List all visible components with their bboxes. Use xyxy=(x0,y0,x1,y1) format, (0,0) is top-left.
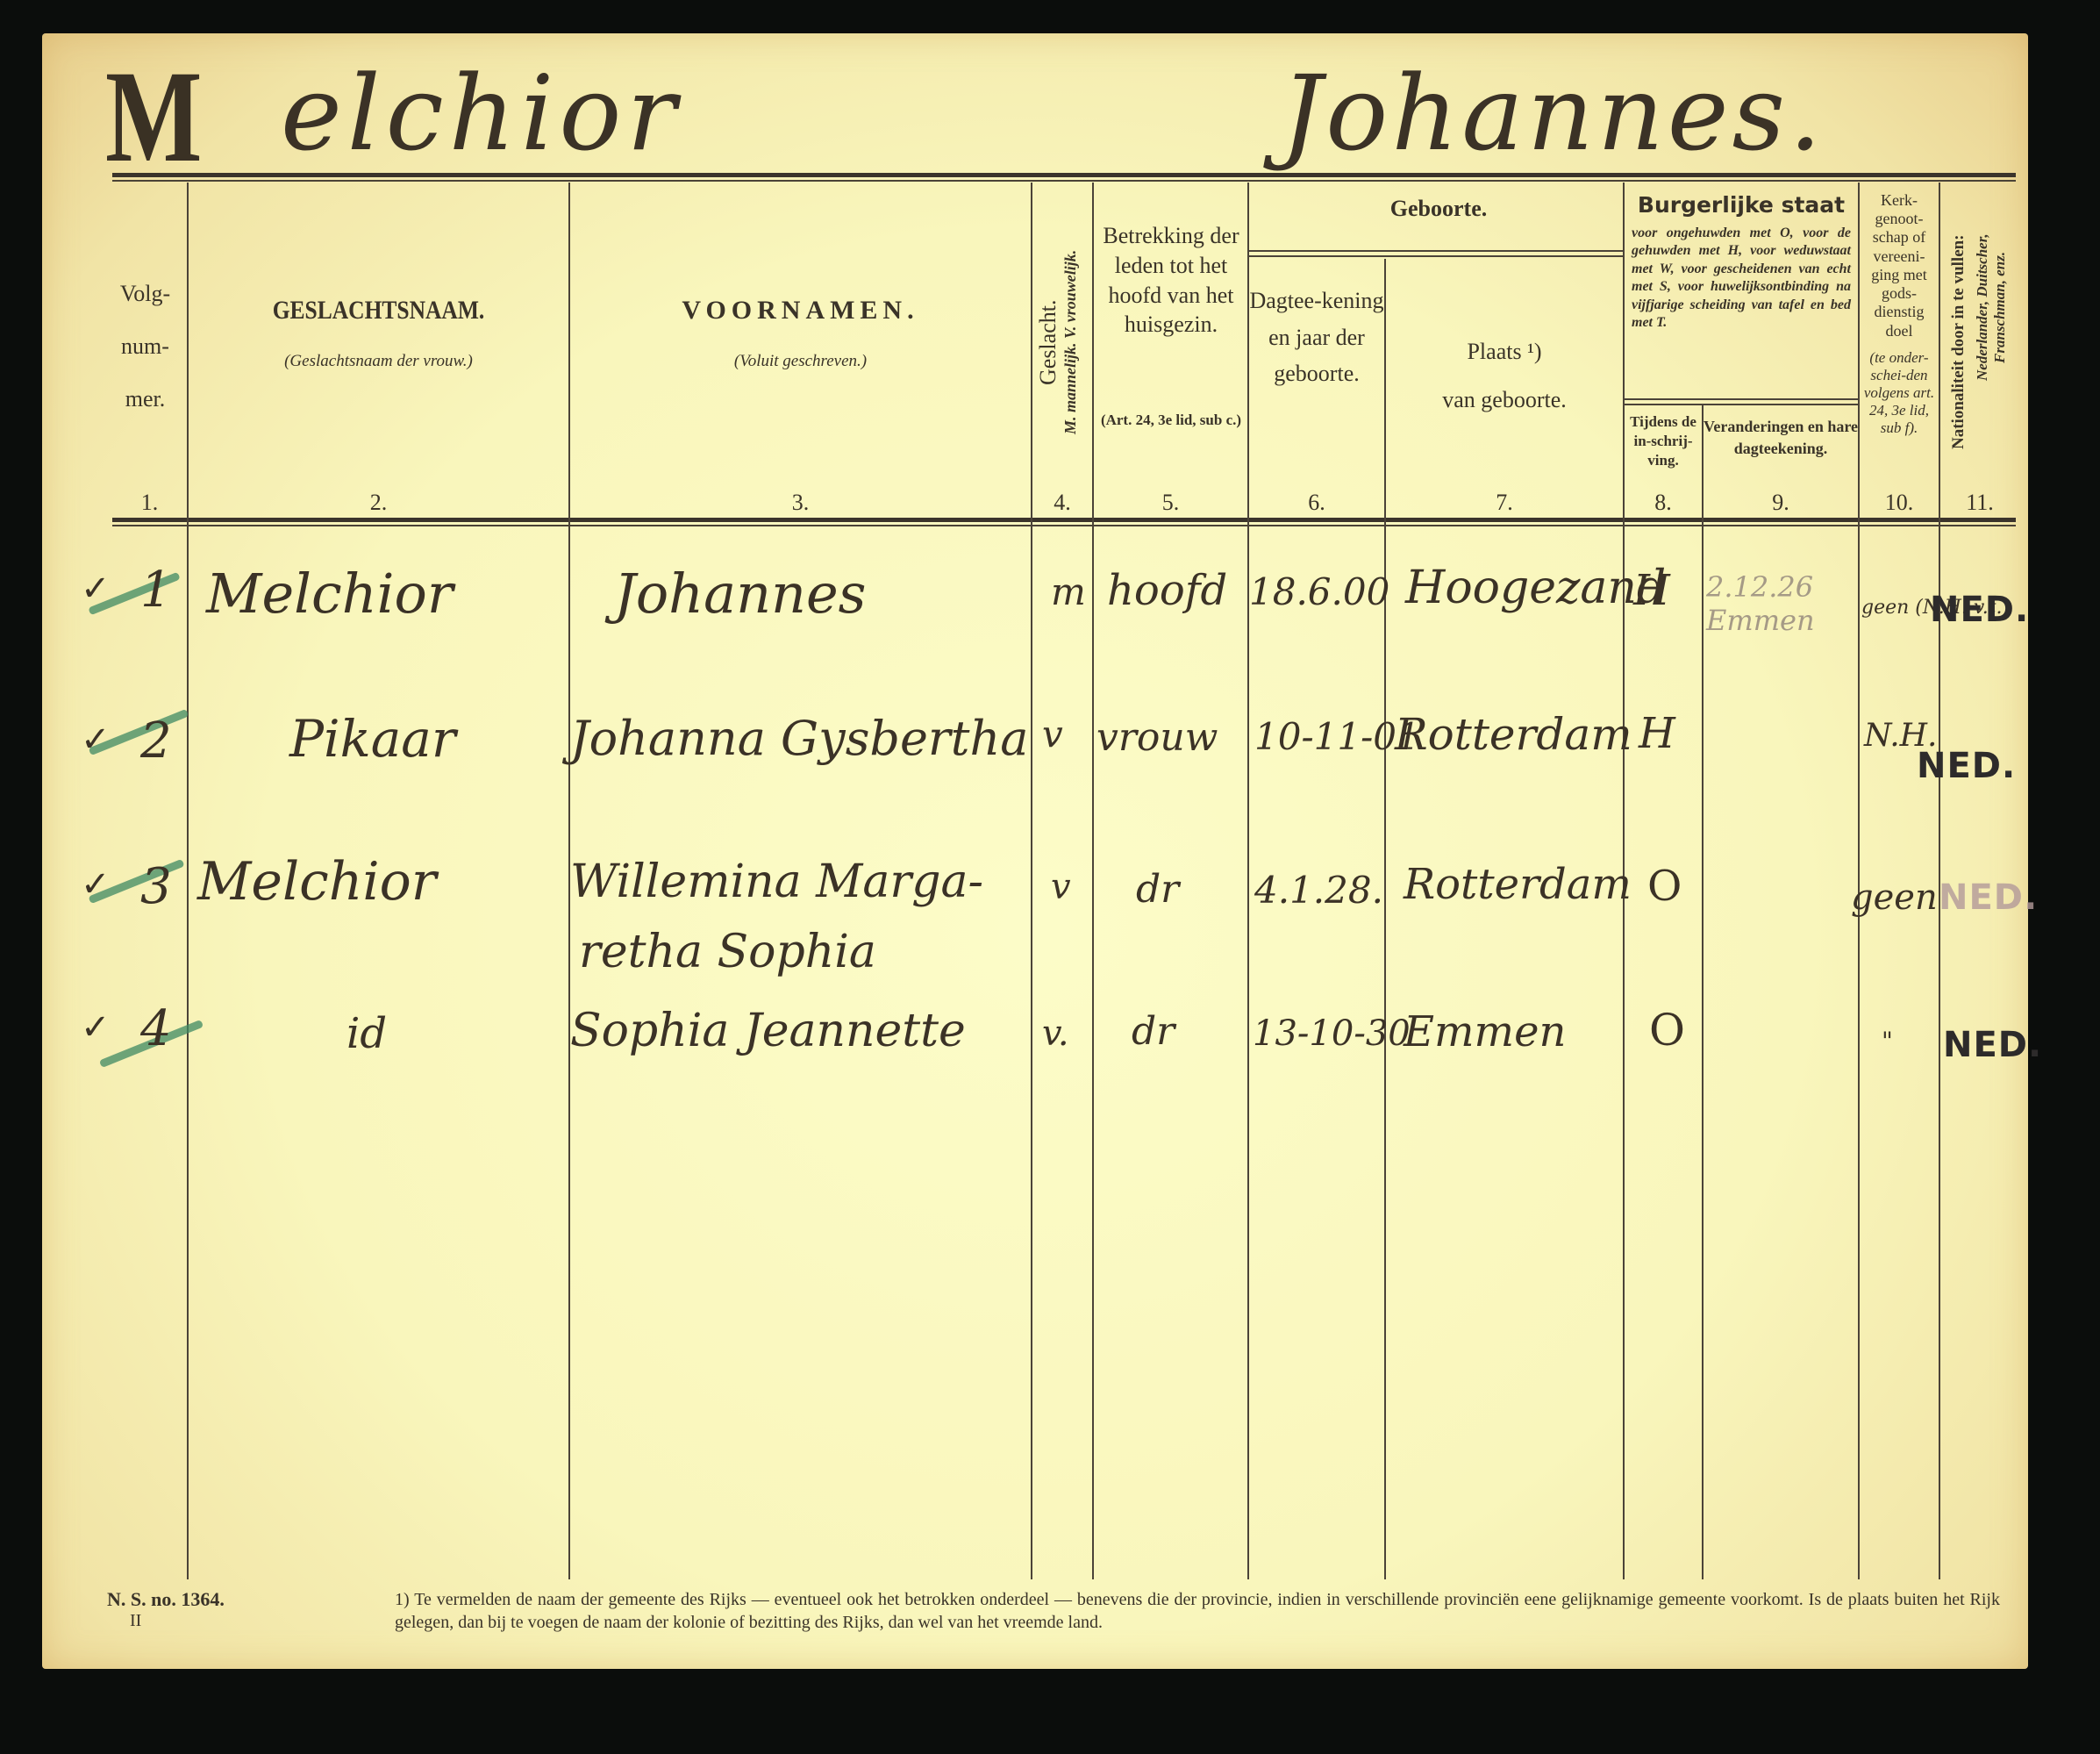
staat-inschrijving: H xyxy=(1639,709,1675,758)
header-voornamen: VOORNAMEN. xyxy=(570,294,1031,327)
header-plaats: Plaats ¹) xyxy=(1386,338,1623,367)
header-top-rule xyxy=(112,173,2016,177)
header-betrekking: Betrekking der leden tot het hoofd van h… xyxy=(1096,221,1246,340)
form-number: N. S. no. 1364. xyxy=(107,1588,225,1610)
kerkgenootschap: " xyxy=(1882,1027,1893,1056)
geboorteplaats: Emmen xyxy=(1404,1007,1566,1056)
column-divider xyxy=(1384,259,1386,1579)
staat-inschrijving: H xyxy=(1633,566,1670,615)
header-burgerlijke-staat-text: voor ongehuwden met O, voor de gehuwden … xyxy=(1632,225,1851,333)
volgnummer: 1 xyxy=(140,562,172,619)
form-id: N. S. no. 1364. II xyxy=(107,1588,225,1631)
burgerlijke-rule xyxy=(1625,398,1858,400)
column-number-4: 4. xyxy=(1032,490,1092,516)
column-divider xyxy=(1092,183,1094,1579)
form-sub-number: II xyxy=(130,1611,225,1631)
geslachtsnaam: id xyxy=(346,1009,387,1058)
header-nationaliteit-sub: Nederlander, Duitscher, Franschman, enz. xyxy=(1974,197,2018,417)
column-number-2: 2. xyxy=(189,490,568,516)
geboorteplaats: Rotterdam xyxy=(1395,709,1632,760)
column-number-8: 8. xyxy=(1625,490,1702,516)
header-volgnummer: Volg- num- mer. xyxy=(104,268,187,425)
header-betrekking-sub: (Art. 24, 3e lid, sub c.) xyxy=(1096,411,1246,429)
nationaliteit-stamp: NED. xyxy=(1939,877,2038,918)
column-divider xyxy=(1702,405,1704,1579)
header-veranderingen: Veranderingen en hare dagteekening. xyxy=(1704,416,1858,460)
column-divider xyxy=(187,183,189,1579)
geslacht: v xyxy=(1051,867,1071,907)
nationaliteit-stamp: NED. xyxy=(1930,590,2029,630)
geboorte-rule xyxy=(1249,255,1623,257)
volgnummer: 4 xyxy=(140,1000,172,1057)
geboorte-rule xyxy=(1249,250,1623,252)
header-kerkgenootschap: Kerk-genoot-schap of vereeni-ging met go… xyxy=(1860,191,1939,340)
column-number-5: 5. xyxy=(1094,490,1247,516)
header-geslachtsnaam: GESLACHTSNAAM. xyxy=(217,294,539,327)
geboorteplaats: Rotterdam xyxy=(1404,860,1632,909)
header-bottom-rule xyxy=(112,518,2016,522)
column-number-9: 9. xyxy=(1704,490,1858,516)
voornamen: Willemina Marga- xyxy=(570,856,983,908)
header-voornamen-sub: (Voluit geschreven.) xyxy=(570,351,1031,372)
geslachtsnaam: Pikaar xyxy=(289,709,456,769)
header-geslachtsnaam-sub: (Geslachtsnaam der vrouw.) xyxy=(189,351,568,372)
column-number-6: 6. xyxy=(1249,490,1384,516)
geboortedatum: 13-10-30 xyxy=(1253,1013,1411,1054)
betrekking: vrouw xyxy=(1096,715,1218,760)
kerkgenootschap: geen xyxy=(1851,877,1938,918)
header-plaats-sub: van geboorte. xyxy=(1386,386,1623,415)
column-number-3: 3. xyxy=(570,490,1031,516)
volgnummer: 2 xyxy=(140,712,172,770)
column-number-1: 1. xyxy=(112,490,187,516)
header-kerkgenootschap-sub: (te onder-schei-den volgens art. 24, 3e … xyxy=(1860,349,1939,437)
handwritten-firstname-title: Johannes. xyxy=(1281,53,1825,174)
header-top-rule-thin xyxy=(112,180,2016,182)
header-nationaliteit: Nationaliteit door in te vullen: xyxy=(1949,197,1974,487)
staat-inschrijving: O xyxy=(1647,862,1682,911)
geslacht: v xyxy=(1042,712,1063,755)
header-bottom-rule-thin xyxy=(112,525,2016,526)
geboortedatum: 18.6.00 xyxy=(1249,570,1389,613)
footnote: 1) Te vermelden de naam der gemeente des… xyxy=(395,1588,2000,1634)
header-geslacht-sub: M. mannelijk. V. vrouwelijk. xyxy=(1061,211,1088,474)
geboortedatum: 4.1.28. xyxy=(1254,869,1383,912)
staat-inschrijving: O xyxy=(1649,1005,1685,1056)
header-geboorte-group: Geboorte. xyxy=(1254,195,1623,224)
column-number-11: 11. xyxy=(1940,490,2019,516)
check-mark: ✓ xyxy=(81,1007,111,1048)
header-burgerlijke-staat: Burgerlijke staat xyxy=(1625,191,1858,218)
voornamen: Johannes xyxy=(614,562,866,626)
geboorteplaats: Hoogezand xyxy=(1405,562,1666,614)
volgnummer: 3 xyxy=(140,858,172,915)
voornamen: Sophia Jeannette xyxy=(570,1005,966,1057)
nationaliteit-stamp: NED. xyxy=(1917,746,2016,786)
betrekking: dr xyxy=(1136,867,1179,912)
column-divider xyxy=(1247,183,1249,1579)
geslachtsnaam: Melchior xyxy=(206,562,453,626)
betrekking: hoofd xyxy=(1107,566,1227,615)
header-tijdens-inschrijving: Tijdens de in-schrij-ving. xyxy=(1625,412,1702,470)
header-dagteekening: Dagtee-kening en jaar der geboorte. xyxy=(1249,283,1384,392)
column-number-7: 7. xyxy=(1386,490,1623,516)
geslachtsnaam: Melchior xyxy=(197,851,436,913)
nationaliteit-stamp: NED. xyxy=(1943,1025,2042,1065)
handwritten-surname-title: elchior xyxy=(281,53,682,174)
voornamen-line2: retha Sophia xyxy=(579,926,876,978)
voornamen: Johanna Gysbertha xyxy=(570,711,1028,766)
geslacht: m xyxy=(1051,570,1086,613)
geslacht: v. xyxy=(1042,1013,1069,1054)
betrekking: dr xyxy=(1132,1009,1175,1054)
column-number-10: 10. xyxy=(1860,490,1939,516)
burgerlijke-rule xyxy=(1625,404,1858,405)
column-divider xyxy=(1031,183,1032,1579)
form-letter: M xyxy=(105,51,202,183)
